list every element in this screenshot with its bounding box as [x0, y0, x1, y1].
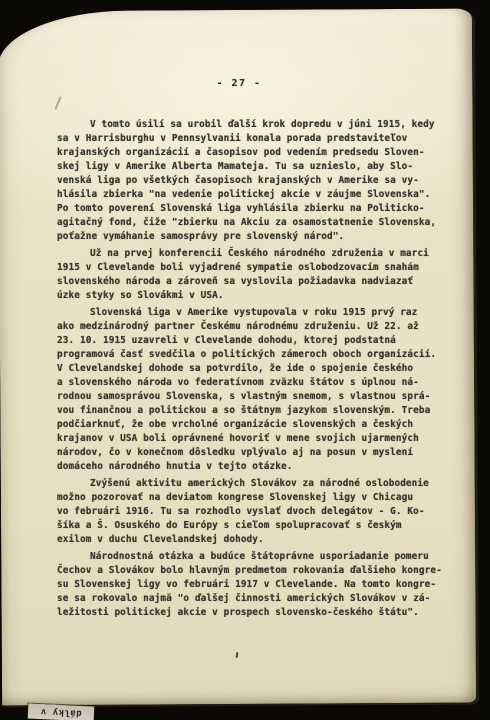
- paragraph: Národnostná otázka a budúce štátoprávne …: [57, 550, 443, 620]
- page-text: V tomto úsilí sa urobil ďalší krok dopre…: [57, 118, 443, 623]
- scanner-bed: - 27 - V tomto úsilí sa urobil ďalší kro…: [0, 0, 490, 720]
- paragraph: Zvýšenú aktivitu amerických Slovákov za …: [57, 477, 443, 547]
- paragraph: Slovenská liga v Amerike vystupovala v r…: [57, 306, 443, 474]
- adjacent-page-fragment: dálky v: [28, 704, 95, 720]
- paragraph: V tomto úsilí sa urobil ďalší krok dopre…: [57, 118, 443, 244]
- page-number: - 27 -: [57, 78, 421, 90]
- upside-down-fragment-text: dálky v: [40, 707, 82, 719]
- paragraph: Už na prvej konferencii Českého národnéh…: [57, 247, 443, 303]
